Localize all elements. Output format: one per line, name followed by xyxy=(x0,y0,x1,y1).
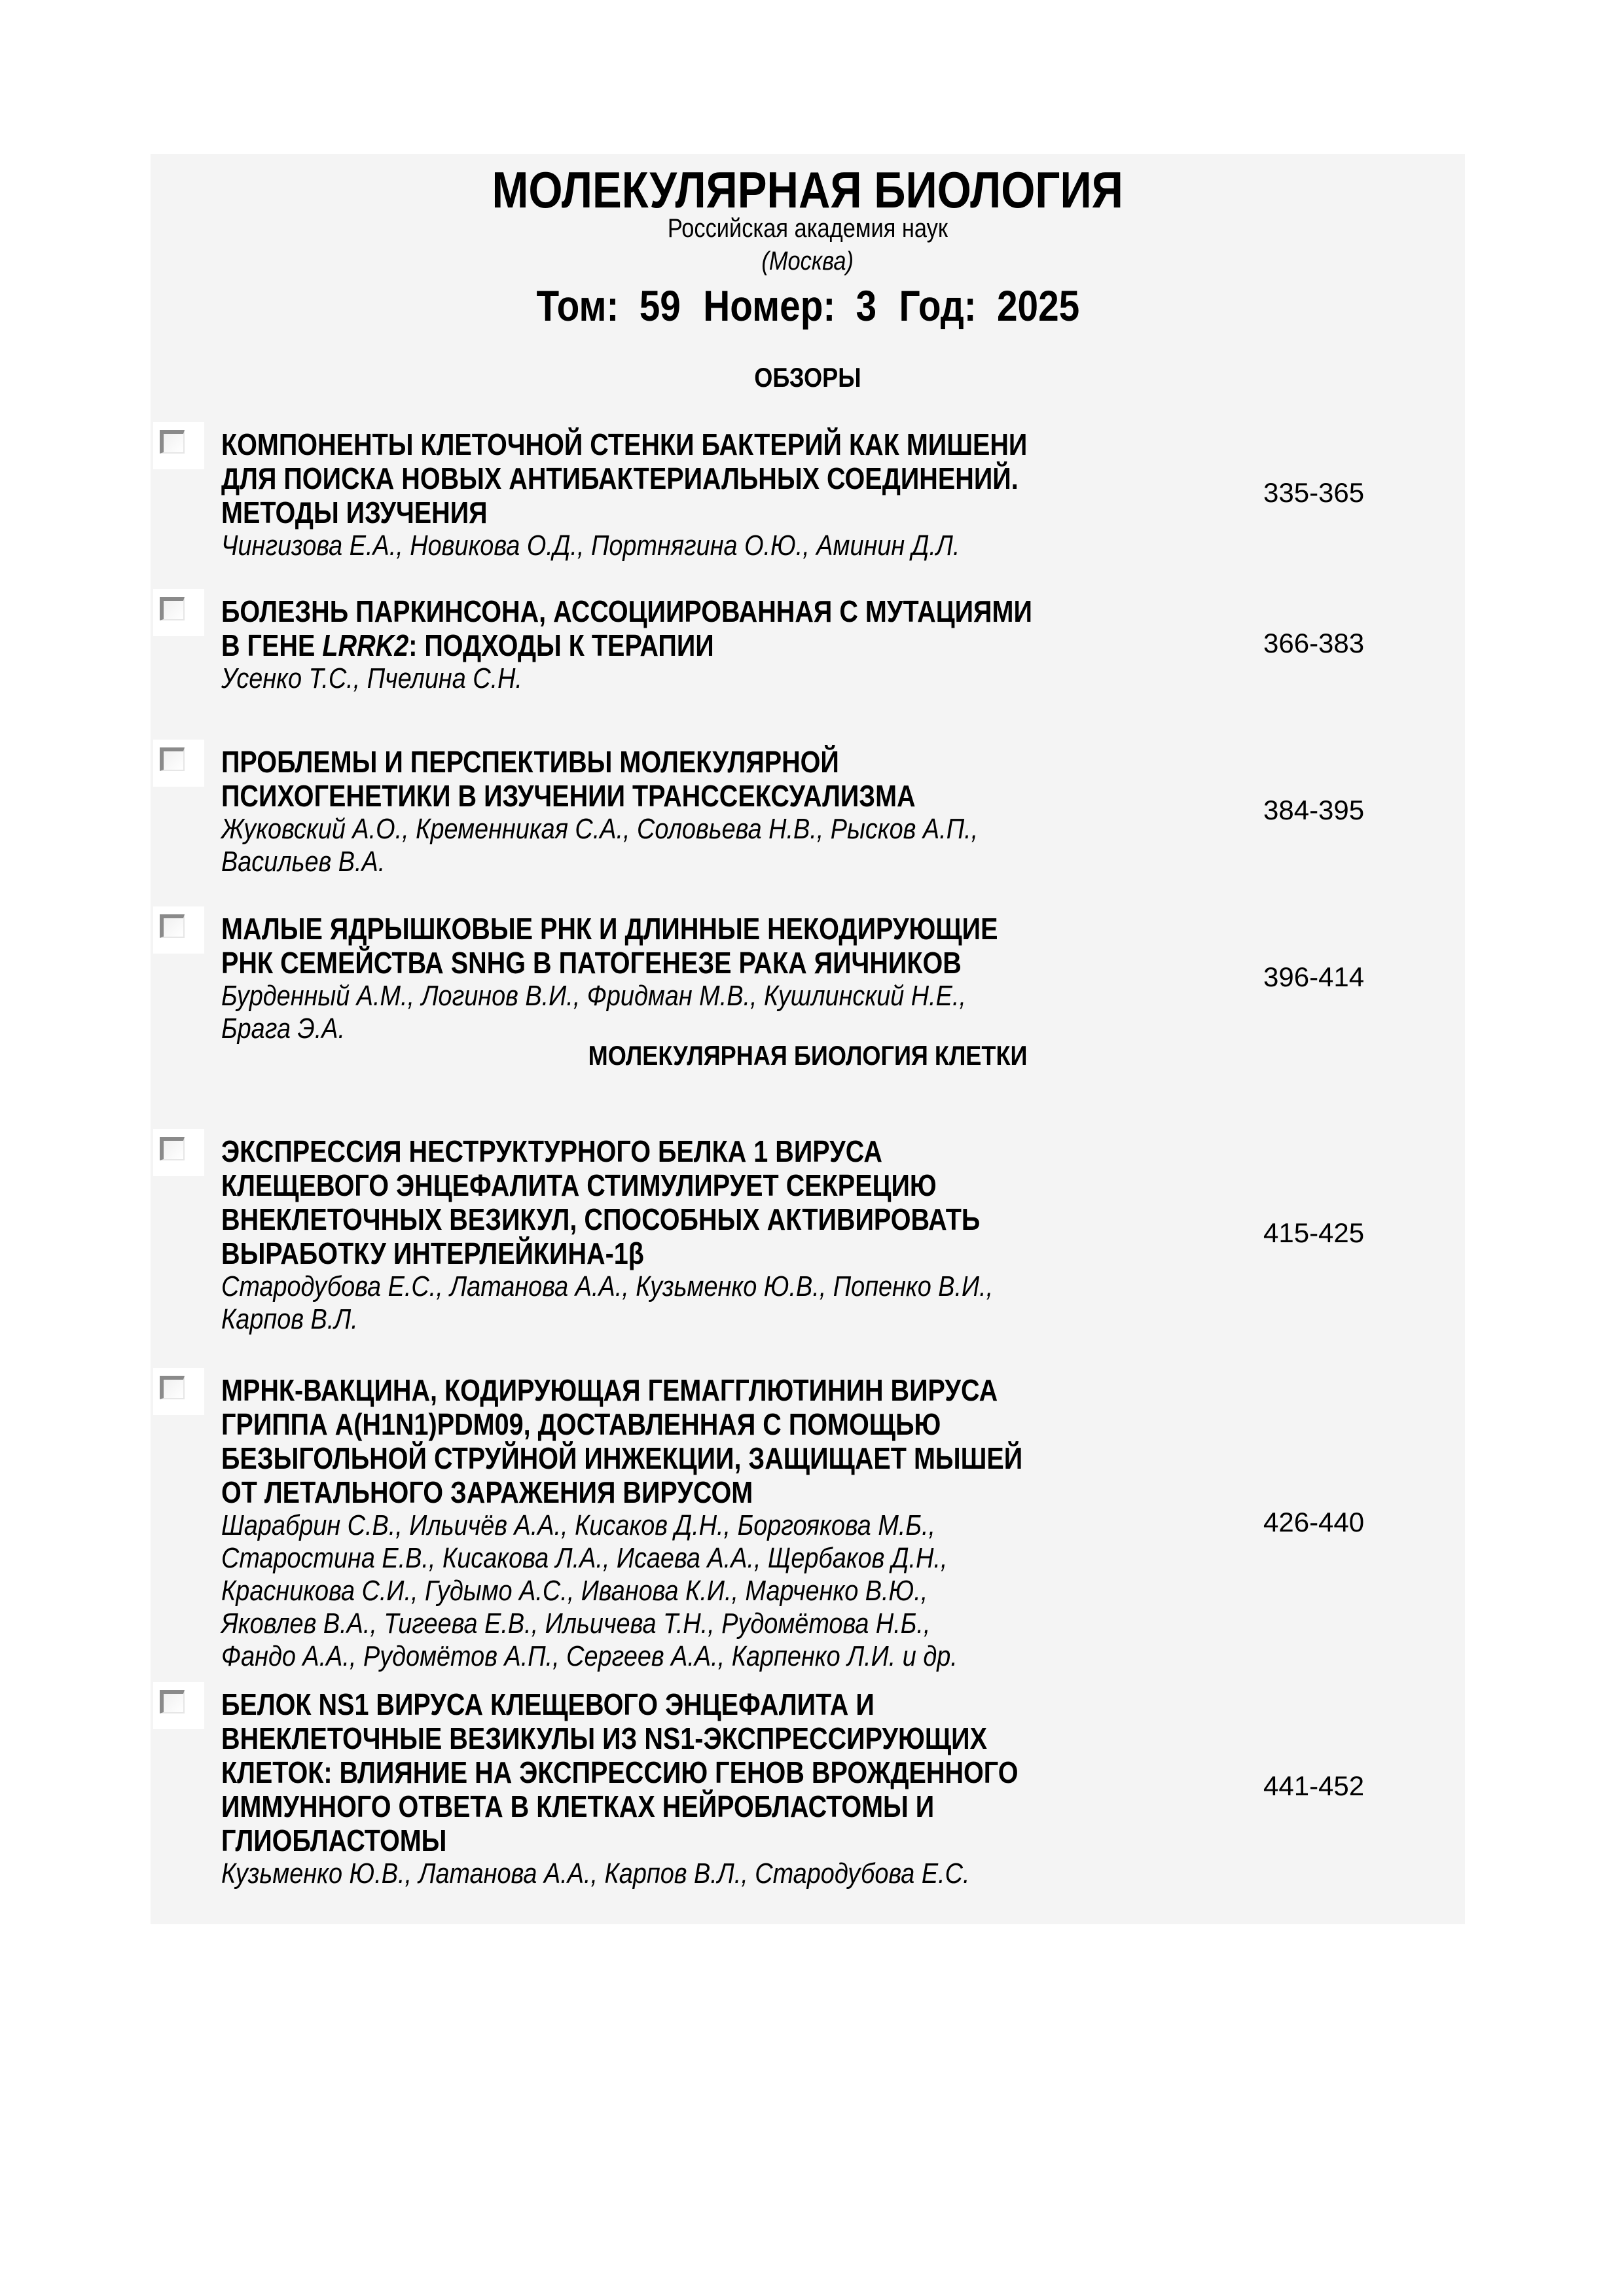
article-title[interactable]: КОМПОНЕНТЫ КЛЕТОЧНОЙ СТЕНКИ БАКТЕРИЙ КАК… xyxy=(221,427,1203,529)
article-authors-line: Кузьменко Ю.В., Латанова А.А., Карпов В.… xyxy=(221,1857,1203,1890)
volume-label: Том: 59 xyxy=(536,281,680,330)
article-authors: Жуковский А.О., Кременникая С.А., Соловь… xyxy=(221,813,1203,878)
article-pages: 366-383 xyxy=(1263,628,1364,659)
article-title[interactable]: ЭКСПРЕССИЯ НЕСТРУКТУРНОГО БЕЛКА 1 ВИРУСА… xyxy=(221,1134,1203,1270)
article-title-line: ЭКСПРЕССИЯ НЕСТРУКТУРНОГО БЕЛКА 1 ВИРУСА xyxy=(221,1134,1203,1168)
article-title-line: ИММУННОГО ОТВЕТА В КЛЕТКАХ НЕЙРОБЛАСТОМЫ… xyxy=(221,1789,1203,1823)
article-title-line: КОМПОНЕНТЫ КЛЕТОЧНОЙ СТЕНКИ БАКТЕРИЙ КАК… xyxy=(221,427,1203,461)
article-title-line: ВНЕКЛЕТОЧНЫХ ВЕЗИКУЛ, СПОСОБНЫХ АКТИВИРО… xyxy=(221,1202,1203,1236)
article-select-checkbox[interactable] xyxy=(153,906,204,954)
article-select-checkbox[interactable] xyxy=(153,740,204,787)
article-authors-line: Старостина Е.В., Кисакова Л.А., Исаева А… xyxy=(221,1542,1203,1575)
article-title-line: МРНК-ВАКЦИНА, КОДИРУЮЩАЯ ГЕМАГГЛЮТИНИН В… xyxy=(221,1373,1203,1407)
article-title-line: БОЛЕЗНЬ ПАРКИНСОНА, АССОЦИИРОВАННАЯ С МУ… xyxy=(221,594,1203,628)
article-authors-line: Яковлев В.А., Тигеева Е.В., Ильичева Т.Н… xyxy=(221,1607,1203,1640)
article-title[interactable]: МРНК-ВАКЦИНА, КОДИРУЮЩАЯ ГЕМАГГЛЮТИНИН В… xyxy=(221,1373,1203,1509)
publisher-city: (Москва) xyxy=(151,247,1465,276)
issue-number-label: Номер: 3 xyxy=(703,281,876,330)
section-heading: МОЛЕКУЛЯРНАЯ БИОЛОГИЯ КЛЕТКИ xyxy=(151,1040,1465,1071)
article-title-line: МЕТОДЫ ИЗУЧЕНИЯ xyxy=(221,495,1203,529)
year-label: Год: 2025 xyxy=(899,281,1079,330)
article-authors-line: Красникова С.И., Гудымо А.С., Иванова К.… xyxy=(221,1575,1203,1607)
article-authors-line: Чингизова Е.А., Новикова О.Д., Портнягин… xyxy=(221,529,1203,562)
issue-info: Том: 59Номер: 3Год: 2025 xyxy=(151,281,1465,331)
article-pages: 384-395 xyxy=(1263,795,1364,826)
article-authors: Кузьменко Ю.В., Латанова А.А., Карпов В.… xyxy=(221,1857,1203,1890)
article-select-checkbox[interactable] xyxy=(153,1682,204,1729)
article-pages: 415-425 xyxy=(1263,1217,1364,1249)
article-title[interactable]: БЕЛОК NS1 ВИРУСА КЛЕЩЕВОГО ЭНЦЕФАЛИТА ИВ… xyxy=(221,1687,1203,1857)
article-select-checkbox[interactable] xyxy=(153,1129,204,1176)
article-authors-line: Жуковский А.О., Кременникая С.А., Соловь… xyxy=(221,813,1203,846)
article-title-line: БЕЗЫГОЛЬНОЙ СТРУЙНОЙ ИНЖЕКЦИИ, ЗАЩИЩАЕТ … xyxy=(221,1441,1203,1475)
article-title-line: КЛЕТОК: ВЛИЯНИЕ НА ЭКСПРЕССИЮ ГЕНОВ ВРОЖ… xyxy=(221,1755,1203,1789)
checkbox-icon xyxy=(160,1690,185,1713)
article-title-line: ОТ ЛЕТАЛЬНОГО ЗАРАЖЕНИЯ ВИРУСОМ xyxy=(221,1475,1203,1509)
article-authors-line: Бурденный А.М., Логинов В.И., Фридман М.… xyxy=(221,980,1203,1013)
article-title[interactable]: МАЛЫЕ ЯДРЫШКОВЫЕ РНК И ДЛИННЫЕ НЕКОДИРУЮ… xyxy=(221,912,1203,980)
article-title-line: КЛЕЩЕВОГО ЭНЦЕФАЛИТА СТИМУЛИРУЕТ СЕКРЕЦИ… xyxy=(221,1168,1203,1202)
article-authors-line: Стародубова Е.С., Латанова А.А., Кузьмен… xyxy=(221,1270,1203,1303)
article-authors-line: Усенко Т.С., Пчелина С.Н. xyxy=(221,662,1203,695)
article-title-line: ГРИППА A(H1N1)PDM09, ДОСТАВЛЕННАЯ С ПОМО… xyxy=(221,1407,1203,1441)
publisher: Российская академия наук xyxy=(151,214,1465,243)
article-title-line: ВЫРАБОТКУ ИНТЕРЛЕЙКИНА-1β xyxy=(221,1236,1203,1270)
article-title-line: ПСИХОГЕНЕТИКИ В ИЗУЧЕНИИ ТРАНССЕКСУАЛИЗМ… xyxy=(221,779,1203,813)
article-pages: 396-414 xyxy=(1263,961,1364,993)
article-title-line: ДЛЯ ПОИСКА НОВЫХ АНТИБАКТЕРИАЛЬНЫХ СОЕДИ… xyxy=(221,461,1203,495)
article-authors-line: Шарабрин С.В., Ильичёв А.А., Кисаков Д.Н… xyxy=(221,1509,1203,1542)
article-title[interactable]: БОЛЕЗНЬ ПАРКИНСОНА, АССОЦИИРОВАННАЯ С МУ… xyxy=(221,594,1203,662)
article-pages: 441-452 xyxy=(1263,1770,1364,1802)
article-pages: 335-365 xyxy=(1263,477,1364,509)
article-title-line: ГЛИОБЛАСТОМЫ xyxy=(221,1823,1203,1857)
checkbox-icon xyxy=(160,430,185,454)
article-title-line: МАЛЫЕ ЯДРЫШКОВЫЕ РНК И ДЛИННЫЕ НЕКОДИРУЮ… xyxy=(221,912,1203,946)
article-title[interactable]: ПРОБЛЕМЫ И ПЕРСПЕКТИВЫ МОЛЕКУЛЯРНОЙПСИХО… xyxy=(221,745,1203,813)
checkbox-icon xyxy=(160,1376,185,1399)
article-authors-line: Карпов В.Л. xyxy=(221,1303,1203,1336)
article-title-line: В ГЕНЕ LRRK2: ПОДХОДЫ К ТЕРАПИИ xyxy=(221,628,1203,662)
article-select-checkbox[interactable] xyxy=(153,422,204,469)
article-authors: Чингизова Е.А., Новикова О.Д., Портнягин… xyxy=(221,529,1203,562)
article-authors: Стародубова Е.С., Латанова А.А., Кузьмен… xyxy=(221,1270,1203,1336)
article-select-checkbox[interactable] xyxy=(153,589,204,636)
table-of-contents-panel: МОЛЕКУЛЯРНАЯ БИОЛОГИЯ Российская академи… xyxy=(151,154,1465,1924)
article-authors: Усенко Т.С., Пчелина С.Н. xyxy=(221,662,1203,695)
article-authors: Шарабрин С.В., Ильичёв А.А., Кисаков Д.Н… xyxy=(221,1509,1203,1673)
article-authors-line: Фандо А.А., Рудомётов А.П., Сергеев А.А.… xyxy=(221,1640,1203,1673)
article-title-line: БЕЛОК NS1 ВИРУСА КЛЕЩЕВОГО ЭНЦЕФАЛИТА И xyxy=(221,1687,1203,1721)
article-title-line: РНК СЕМЕЙСТВА SNHG В ПАТОГЕНЕЗЕ РАКА ЯИЧ… xyxy=(221,946,1203,980)
article-title-line: ПРОБЛЕМЫ И ПЕРСПЕКТИВЫ МОЛЕКУЛЯРНОЙ xyxy=(221,745,1203,779)
checkbox-icon xyxy=(160,1137,185,1160)
checkbox-icon xyxy=(160,914,185,938)
article-pages: 426-440 xyxy=(1263,1507,1364,1538)
checkbox-icon xyxy=(160,597,185,620)
section-heading: ОБЗОРЫ xyxy=(151,362,1465,393)
article-authors-line: Васильев В.А. xyxy=(221,846,1203,878)
article-title-line: ВНЕКЛЕТОЧНЫЕ ВЕЗИКУЛЫ ИЗ NS1-ЭКСПРЕССИРУ… xyxy=(221,1721,1203,1755)
article-authors: Бурденный А.М., Логинов В.И., Фридман М.… xyxy=(221,980,1203,1045)
article-select-checkbox[interactable] xyxy=(153,1368,204,1415)
journal-title: МОЛЕКУЛЯРНАЯ БИОЛОГИЯ xyxy=(151,160,1465,220)
checkbox-icon xyxy=(160,747,185,771)
